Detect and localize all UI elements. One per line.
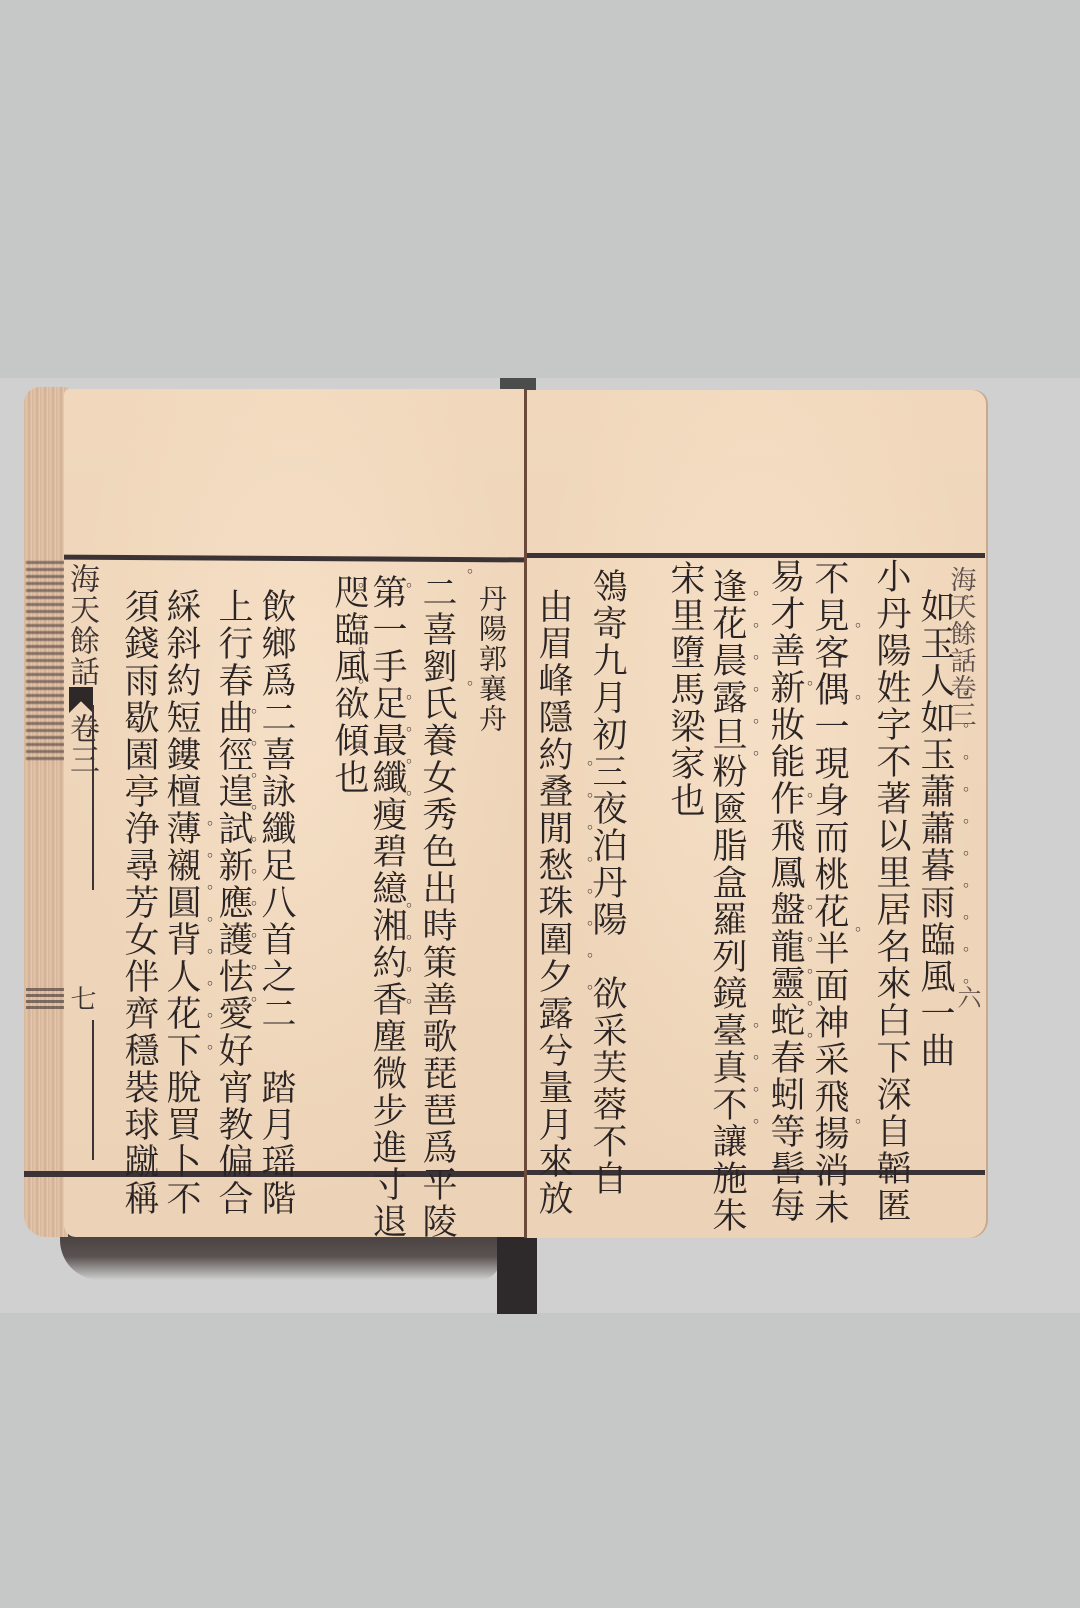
left-col-4: 飲鄉爲二喜詠纖足八首之二 踏月瑶階 [255,588,297,1217]
gutter-fold [524,390,527,1238]
block-center-line [92,705,94,890]
page-edge-stack [24,387,68,1237]
left-col-5: 上行春曲徑遑試新應護怯愛好宵教偏合 [212,588,254,1217]
right-col-6: 宋里墮馬梁家也 [664,560,706,819]
punctuation-marks: 。。。。。。 。。。。 [742,590,758,1158]
punctuation-marks: 。。。。。。。。 [576,760,592,1024]
open-book: 海天餘話卷三 七 丹陽郭襄舟 。 。 二喜劉氏養女秀色出時䇿善歌琵琶爲平陵 。 … [0,0,1080,1608]
left-folio-number: 七 [64,985,98,1012]
right-col-8: 由眉峰隱約叠閒愁珠圍夕露兮量月來放 [532,588,574,1217]
punctuation-marks: 。 。 。 。 [844,622,860,1158]
left-col-heading: 丹陽郭襄舟 [470,584,512,734]
right-col-2: 小丹陽姓字不著以里居名來白下深自韜匿 [870,558,912,1224]
right-col-1: 如玉人如玉蕭蕭暮雨臨風一曲 [914,588,956,1069]
left-col-3: 咫臨風欲傾也 [328,574,370,796]
right-top-border-rule [527,553,985,558]
fishtail-icon [69,687,93,713]
left-col-2: 第一手足最纖瘦碧繶湘約香塵微步進寸退 [366,574,408,1240]
page-edge-ink-title [26,560,66,760]
punctuation-marks: 。 。 [456,568,472,720]
left-col-7: 須錢雨歇園亭浄尋芳女伴齊穩裝球蹴稱 [118,588,160,1217]
block-title: 海天餘話 [64,563,99,687]
punctuation-marks: 。 。 。。。。。 [796,680,812,1072]
page-edge-ink-folio [26,985,66,1009]
punctuation-marks: 。。。。。。。。。。。。。 [952,594,968,1018]
left-col-6: 綵斜約短鏤檀薄襯圓背人花下脫買卜不 [160,588,202,1217]
block-center-line-lower [92,1020,94,1160]
left-col-1: 二喜劉氏養女秀色出時䇿善歌琵琶爲平陵 [416,574,458,1240]
